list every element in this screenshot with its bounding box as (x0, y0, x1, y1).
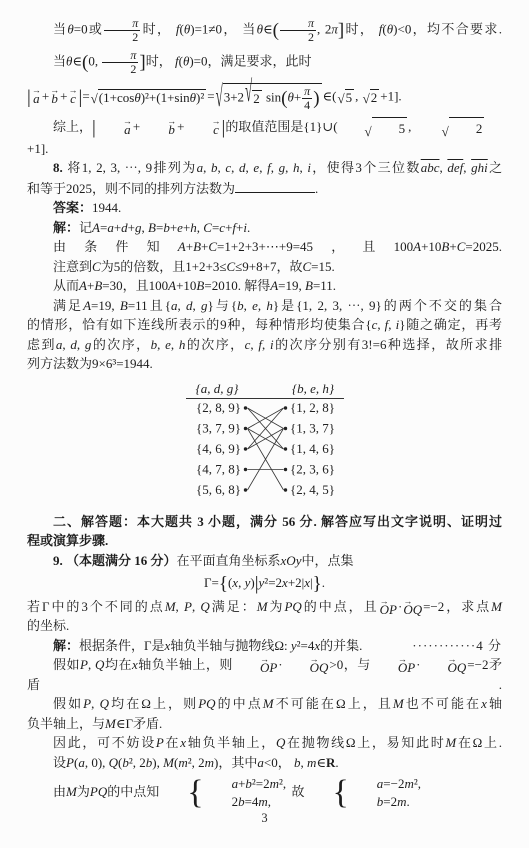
math-variable: c (70, 91, 76, 106)
math-variable: e (177, 220, 183, 235)
text-span: b (50, 93, 59, 105)
math-variable: M (263, 696, 274, 711)
equation-cases: {a+b²=2m²,2b=4m, (161, 775, 286, 811)
math-variable: Q (276, 735, 285, 750)
math-variable: x (314, 638, 320, 653)
math-variable: b (51, 91, 58, 106)
stretch-delimiter: } (313, 574, 322, 595)
math-variable: PQ (90, 784, 107, 799)
text-span: a=−2m²,b=2m. (351, 775, 421, 811)
stretch-delimiter: | (222, 118, 226, 139)
p7-display-formula: |→a+→b+→c|=√(1+cosθ)²+(1+sinθ)²=√3+2√2 s… (27, 83, 502, 112)
p7-case-line2: 当θ∈(0, π2]时， f(θ)=0，满足要求，此时 (27, 49, 502, 76)
text-span: 3+2√2 sin(θ+π4) (223, 83, 322, 112)
math-variable: e (253, 160, 259, 175)
text-span: π (104, 17, 140, 30)
math-variable: OP (380, 602, 397, 617)
math-variable: x (282, 575, 288, 590)
math-variable: θ (287, 89, 293, 104)
math-variable: b (294, 755, 301, 770)
p7-conclusion: 综上，|→a+→b+→c|的取值范围是{1}∪(√5, √2+1]. (27, 117, 502, 158)
math-variable: OP (398, 660, 415, 675)
math-variable: f (267, 160, 271, 175)
math-variable: θ (134, 90, 140, 105)
text-span: c (186, 124, 221, 136)
bold-text: 9. (53, 553, 63, 568)
diagram-right-item: {2, 3, 6} (290, 461, 335, 476)
text-span: OP (380, 604, 397, 616)
math-variable: c (245, 337, 251, 352)
text-span: 4 (302, 98, 312, 112)
math-variable: θ (184, 21, 190, 36)
math-variable: a (257, 755, 264, 770)
sqrt-radical: √(1+cosθ)²+(1+sinθ)² (91, 89, 207, 106)
math-variable: x (481, 696, 487, 711)
math-variable: Q (109, 755, 118, 770)
text-span: { (306, 775, 348, 811)
fraction: π4 (301, 85, 313, 112)
diagram-dot (283, 427, 286, 430)
math-variable: A (92, 220, 100, 235)
math-variable: a (33, 91, 40, 106)
math-variable: C (92, 259, 101, 274)
math-variable: h (179, 337, 186, 352)
text-span: a+b²=2m²,2b=4m, (206, 775, 287, 811)
vector-OQ: →OQ (403, 599, 422, 616)
math-variable: A (270, 278, 278, 293)
text-span: OP (372, 662, 415, 674)
math-variable: A (168, 278, 176, 293)
document-content: 当θ=0或π2时， f(θ)=1≠0， 当θ∈(π2, 2π]时， f(θ)<0… (27, 17, 502, 811)
math-variable: θ (66, 53, 72, 68)
math-variable: a (377, 776, 384, 791)
math-variable: P (80, 657, 88, 672)
p8-solution-line3: 注意到C为5的倍数，且1+2+3≤C≤9+8+7，故C=15. (27, 257, 502, 277)
vector-OQ: →OQ (284, 657, 329, 674)
math-variable: θ (67, 21, 73, 36)
text-span: OQ (422, 662, 467, 674)
math-variable: Q (95, 657, 104, 672)
math-variable: i (243, 220, 247, 235)
math-variable: i (270, 337, 274, 352)
p8-statement-line2: 和等于2025，则不同的排列方法数为. (27, 178, 502, 199)
matching-diagram-svg: {a, d, g}{b, e, h}{2, 8, 9}{3, 7, 9}{4, … (183, 380, 347, 502)
math-variable: h (190, 220, 197, 235)
math-variable: f (176, 21, 180, 36)
diagram-dot (243, 427, 246, 430)
math-variable: OQ (448, 660, 467, 675)
sqrt-radical: √2 (363, 89, 380, 106)
math-variable: h (266, 298, 273, 313)
math-variable: y (245, 575, 251, 590)
math-variable: B (148, 220, 156, 235)
math-variable: g (85, 337, 92, 352)
math-variable: i (307, 160, 311, 175)
math-variable: θ (387, 21, 393, 36)
math-variable: abc (421, 160, 440, 175)
p8-solution-line6: 的情形，恰有如下连线所表示的9种，每种情形均使集合{c, f, i}随之确定，再… (27, 315, 502, 335)
math-variable: A (178, 239, 186, 254)
math-variable: b (245, 776, 252, 791)
text-span: √ (337, 92, 344, 106)
diagram-left-header: {a, d, g} (195, 381, 239, 396)
text-span: 2 (449, 117, 485, 139)
math-variable: e (165, 337, 171, 352)
text-span: √ (245, 75, 252, 107)
p7-case-line1: 当θ=0或π2时， f(θ)=1≠0， 当θ∈(π2, 2π]时， f(θ)<0… (27, 17, 502, 44)
vector-b: →b (50, 88, 59, 105)
document-page: 当θ=0或π2时， f(θ)=1≠0， 当θ∈(π2, 2π]时， f(θ)<0… (0, 0, 529, 848)
diagram-dot (243, 488, 246, 491)
bold-text: R (326, 755, 335, 770)
section2-header-line1: 二、解答题：本大题共 3 小题，满分 56 分. 解答应写出文字说明、证明过 (27, 512, 502, 532)
math-variable: m (270, 776, 279, 791)
math-variable: PQ (284, 599, 301, 614)
math-variable: x (132, 657, 138, 672)
math-variable: π (308, 16, 314, 30)
math-variable: M (165, 599, 176, 614)
diagram-dot (283, 468, 286, 471)
diagram-right-item: {2, 4, 5} (290, 482, 335, 497)
math-variable: C (203, 220, 212, 235)
math-variable: c (219, 220, 225, 235)
vector-OQ: →OQ (422, 657, 467, 674)
text-span: 5 (372, 117, 408, 139)
p9-solution-line1: ············4 分解：根据条件，Γ是x轴负半轴与抛物线Ω: y²=4… (27, 636, 502, 656)
text-span: 2 (252, 90, 262, 107)
math-variable: m (307, 755, 316, 770)
math-variable: f (258, 337, 262, 352)
text-span: OQ (284, 662, 329, 674)
fraction: π2 (103, 17, 141, 44)
math-variable: b (211, 160, 218, 175)
math-variable: θ (257, 21, 263, 36)
math-variable: i (396, 317, 400, 332)
diagram-dot (243, 406, 246, 409)
math-variable: def (447, 160, 463, 175)
math-variable: ghi (471, 160, 488, 175)
math-variable: f (232, 220, 236, 235)
math-variable: a (56, 337, 63, 352)
diagram-right-item: {1, 4, 6} (290, 441, 335, 456)
bold-text: 二、解答题：本大题共 3 小题，满分 56 分. 解答应写出文字说明、证明过 (53, 514, 502, 529)
vector-OP: →OP (372, 657, 415, 674)
math-variable: a (171, 298, 178, 313)
fraction: π2 (279, 17, 317, 44)
text-span: b (141, 124, 176, 136)
math-variable: Q (100, 696, 109, 711)
math-variable: B (196, 278, 204, 293)
math-variable: C (457, 239, 466, 254)
math-variable: θ (183, 53, 189, 68)
math-variable: π (304, 84, 310, 98)
text-span: 2 (280, 30, 316, 44)
math-variable: e (252, 298, 258, 313)
text-span: √ (416, 125, 449, 139)
p8-solution-line4: 从而A+B=30，且100A+10B=2010. 解得A=19, B=11. (27, 276, 502, 296)
math-variable: d (70, 337, 77, 352)
diagram-dot (243, 468, 246, 471)
text-span: √ (91, 92, 98, 106)
vector-b: →b (141, 119, 176, 136)
diagram-left-item: {3, 7, 9} (196, 420, 241, 435)
stretch-delimiter: | (92, 118, 96, 139)
text-span: (1+cosθ)²+(1+sinθ)² (98, 89, 206, 106)
math-variable: b (237, 298, 244, 313)
math-variable: M (66, 784, 77, 799)
diagram-dot (283, 406, 286, 409)
math-variable: a (197, 160, 204, 175)
overline-ghi: ghi (471, 160, 488, 175)
diagram-dot (283, 488, 286, 491)
text-span: π (302, 85, 312, 98)
text-span: 5 (345, 89, 355, 106)
diagram-left-item: {5, 6, 8} (196, 482, 241, 497)
text-span: √ (216, 81, 223, 113)
math-variable: θ (190, 90, 196, 105)
math-variable: m (258, 794, 267, 809)
p9-solution-line7: 由M为PQ的中点知{a+b²=2m²,2b=4m, 故{a=−2m²,b=2m. (27, 775, 502, 811)
math-variable: y (291, 638, 297, 653)
math-variable: x (180, 735, 186, 750)
math-variable: d (121, 220, 128, 235)
math-variable: C (227, 259, 236, 274)
p9-display-set: Γ={(x, y)|y²=2x+2|x|}. (27, 573, 502, 594)
p9-solution-line3: 假如P, Q均在Ω上，则PQ的中点M不可能在Ω上，且M也不可能在x轴 (27, 694, 502, 714)
math-variable: m (404, 776, 413, 791)
math-variable: f (379, 21, 383, 36)
overline-def: def (447, 160, 463, 175)
math-variable: M (163, 755, 174, 770)
diagram-right-header: {b, e, h} (291, 381, 334, 396)
stretch-delimiter: ] (139, 52, 145, 73)
math-variable: d (239, 160, 246, 175)
text-span: b=2m. (351, 793, 421, 811)
overline-abc: abc (421, 160, 440, 175)
text-span: π (280, 17, 316, 30)
p9-statement-line2: 若Γ中的3个不同的点M, P, Q满足：M为PQ的中点，且→OP·→OQ=−2，… (27, 597, 502, 617)
math-variable: b (377, 794, 384, 809)
p8-statement-line1: 8. 将1, 2, 3, ⋯, 9排列为a, b, c, d, e, f, g,… (27, 158, 502, 178)
bold-text: 答案： (53, 200, 92, 215)
math-variable: g (201, 298, 208, 313)
vector-OP: →OP (234, 657, 277, 674)
p8-solution-line8: 列方法数为9×6³=1944. (27, 354, 502, 374)
p8-solution-line5: 满足A=19, B=11且{a, d, g}与{b, e, h}是{1, 2, … (27, 296, 502, 316)
bold-text: （本题满分 16 分） (66, 553, 177, 568)
bold-text: 解： (53, 220, 79, 235)
p9-statement-line3: 的坐标. (27, 616, 502, 636)
math-variable: xOy (281, 553, 302, 568)
diagram-left-item: {4, 6, 9} (196, 441, 241, 456)
text-span: { (161, 775, 203, 811)
math-variable: PQ (198, 696, 215, 711)
math-variable: d (186, 298, 193, 313)
math-variable: x (165, 638, 171, 653)
math-variable: c (213, 122, 219, 137)
p8-solution-line7: 虑到a, d, g的次序，b, e, h的次序，c, f, i的次序分别有3!=… (27, 335, 502, 355)
sqrt-radical: √2 (245, 90, 262, 107)
diagram-dot (243, 447, 246, 450)
math-variable: P (83, 696, 91, 711)
math-variable: P (184, 599, 192, 614)
text-span: a=−2m², (351, 775, 421, 793)
stretch-delimiter: | (79, 87, 83, 108)
math-variable: B (193, 239, 201, 254)
sqrt-radical: √5 (339, 117, 408, 139)
math-variable: a (107, 220, 114, 235)
sqrt-radical: √5 (337, 89, 354, 106)
p9-solution-line6: 设P(a, 0), Q(b², 2b), M(m², 2m)，其中a<0， b,… (27, 753, 502, 773)
math-variable: f (385, 317, 389, 332)
math-variable: c (372, 317, 378, 332)
stretch-delimiter: ) (313, 88, 319, 109)
fraction: π2 (101, 49, 139, 76)
math-variable: P (66, 755, 74, 770)
p9-solution-line5: 因此，可不妨设P在x轴负半轴上，Q在抛物线Ω上，易知此时M在Ω上. (27, 733, 502, 753)
p9-solution-line4: 负半轴上，与M∈Γ矛盾. (27, 714, 502, 734)
text-span: 2 (370, 89, 380, 106)
stretch-delimiter: ( (82, 52, 88, 73)
math-variable: P (156, 735, 164, 750)
math-variable: x (304, 575, 310, 590)
diagram-left-item: {4, 7, 8} (196, 461, 241, 476)
diagram-dot (283, 447, 286, 450)
math-variable: b (122, 755, 129, 770)
p9-statement-line1: 9. （本题满分 16 分）在平面直角坐标系xOy中，点集 (27, 551, 502, 571)
diagram-left-item: {2, 8, 9} (196, 400, 241, 415)
math-variable: M (445, 735, 456, 750)
math-variable: b (163, 220, 170, 235)
math-variable: A (413, 239, 421, 254)
vector-OP: →OP (380, 599, 397, 616)
p9-solution-line2: 假如P, Q均在x轴负半轴上，则→OP·→OQ>0，与→OP·→OQ=−2矛盾. (27, 655, 502, 694)
math-variable: m (397, 794, 406, 809)
section2-header-line2: 程或演算步骤. (27, 531, 502, 551)
vector-a: →a (32, 88, 41, 105)
sqrt-radical: √2 (416, 117, 485, 139)
text-span: 2 (102, 62, 138, 76)
sqrt-radical: √3+2√2 sin(θ+π4) (216, 83, 322, 112)
math-variable: a (78, 755, 85, 770)
text-span: √ (363, 92, 370, 106)
math-variable: B (305, 278, 313, 293)
math-variable: π (130, 48, 136, 62)
answer-blank (235, 178, 315, 193)
stretch-delimiter: { (219, 574, 228, 595)
math-variable: B (120, 298, 128, 313)
math-variable: M (393, 696, 404, 711)
vector-c: →c (186, 119, 221, 136)
math-variable: C (302, 259, 311, 274)
math-variable: m (205, 755, 214, 770)
math-variable: m (178, 755, 187, 770)
math-variable: b (151, 337, 158, 352)
diagram-right-item: {1, 2, 8} (290, 400, 335, 415)
bold-text: 8. (53, 160, 63, 175)
math-variable: b (238, 794, 245, 809)
diagram-right-item: {1, 3, 7} (290, 420, 335, 435)
math-variable: C (208, 239, 217, 254)
text-span: √ (339, 125, 372, 139)
math-variable: c (225, 160, 231, 175)
math-variable: M (491, 599, 502, 614)
math-variable: x (232, 575, 238, 590)
text-span: a (97, 124, 132, 136)
text-span: OP (234, 662, 277, 674)
math-variable: B (441, 239, 449, 254)
text-span: π (102, 49, 138, 62)
p8-solution-line1: 解：记A=a+d+g, B=b+e+h, C=c+f+i. (27, 218, 502, 238)
score-mark: ············4 分 (386, 636, 502, 656)
math-variable: a (124, 122, 131, 137)
math-variable: A (83, 298, 91, 313)
page-number: 3 (0, 811, 529, 826)
vector-c: →c (69, 88, 78, 105)
math-variable: π (132, 16, 138, 30)
p8-answer: 答案：1944. (27, 198, 502, 218)
equation-cases: {a=−2m²,b=2m. (306, 775, 421, 811)
math-variable: M (105, 716, 116, 731)
text-span: a+b²=2m², (206, 775, 287, 793)
text-span: 2b=4m, (206, 793, 287, 811)
bold-text: 程或演算步骤. (27, 533, 108, 548)
text-span: OQ (403, 604, 422, 616)
math-variable: y (259, 575, 265, 590)
math-variable: g (279, 160, 286, 175)
vector-a: →a (97, 119, 132, 136)
math-variable: f (175, 53, 179, 68)
math-variable: B (94, 278, 102, 293)
bold-text: 解： (53, 638, 79, 653)
p8-solution-line2: 由条件知A+B+C=1+2+3+⋯+9=45，且100A+10B+C=2025. (27, 237, 502, 257)
math-variable: OQ (403, 602, 422, 617)
text-span: 2 (104, 30, 140, 44)
math-variable: b (168, 122, 175, 137)
math-variable: g (135, 220, 142, 235)
math-variable: OP (260, 660, 277, 675)
stretch-delimiter: ] (338, 20, 344, 41)
text-span: a (32, 93, 41, 105)
stretch-delimiter: | (27, 87, 31, 108)
math-variable: OQ (310, 660, 329, 675)
math-variable: a (232, 776, 239, 791)
math-variable: Q (200, 599, 209, 614)
math-variable: b (146, 755, 153, 770)
math-variable: M (257, 599, 268, 614)
math-variable: h (293, 160, 300, 175)
matching-diagram: {a, d, g}{b, e, h}{2, 8, 9}{3, 7, 9}{4, … (27, 380, 502, 506)
math-variable: A (79, 278, 87, 293)
text-span: c (69, 93, 78, 105)
